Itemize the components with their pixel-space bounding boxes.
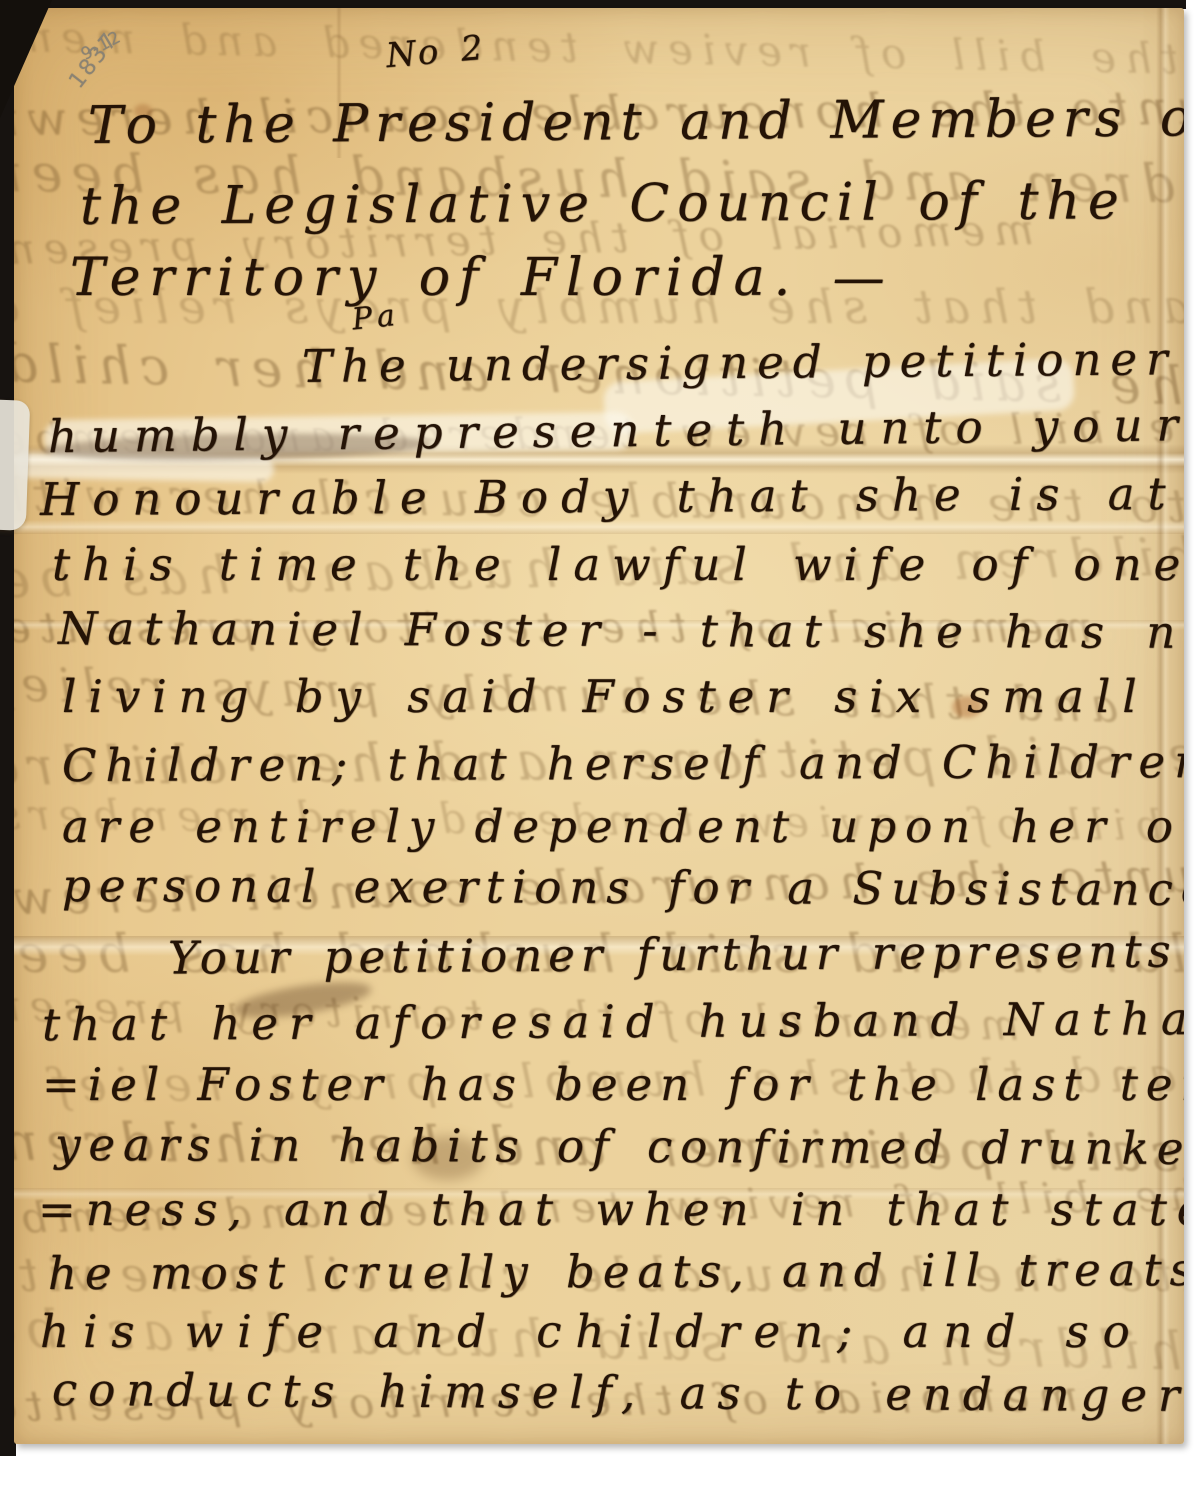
letter-page: the bill of review tendered and membersu…: [14, 8, 1184, 1444]
body-line: =ness, and that when in that state: [38, 1183, 1184, 1236]
body-line: Honourable Body that she is at: [40, 467, 1179, 526]
body-line: Nathaniel Foster - that she has now: [58, 602, 1184, 659]
body-line: that her aforesaid husband Nathan: [42, 992, 1184, 1051]
body-line: years in habits of confirmed drunken=: [55, 1118, 1184, 1175]
body-line: are entirely dependent upon her own: [62, 800, 1184, 853]
heading-line: the Legislative Council of the: [80, 171, 1127, 236]
heading-line: To the President and Members of: [88, 88, 1184, 156]
docket-number: No 2: [384, 28, 486, 76]
scanned-letter: the bill of review tendered and membersu…: [0, 0, 1200, 1494]
body-line: living by said Foster six small: [62, 670, 1149, 723]
body-line: this time the lawful wife of one: [52, 538, 1184, 591]
body-line: his wife and children; and so: [40, 1305, 1144, 1358]
insertion-mark: Pa: [350, 298, 402, 338]
heading-line: Territory of Florida. —: [70, 248, 894, 308]
bleed-through-line: the bill of review tendered and members: [14, 9, 1178, 83]
body-line: =iel Foster has been for the last ten: [42, 1058, 1184, 1111]
body-line: The undersigned petitioner: [302, 332, 1177, 393]
body-line: humbly representeth unto your.: [48, 398, 1184, 463]
body-line: Children; that herself and Children: [62, 735, 1184, 792]
tape-repair: [0, 399, 30, 531]
body-line: personal exertions for a Subsistance.: [62, 859, 1184, 916]
body-line: conducts himself, as to endanger: [52, 1363, 1184, 1422]
body-line: he most cruelly beats, and ill treats: [48, 1243, 1184, 1300]
body-line: Your petitioner furthur represents: [168, 924, 1177, 984]
